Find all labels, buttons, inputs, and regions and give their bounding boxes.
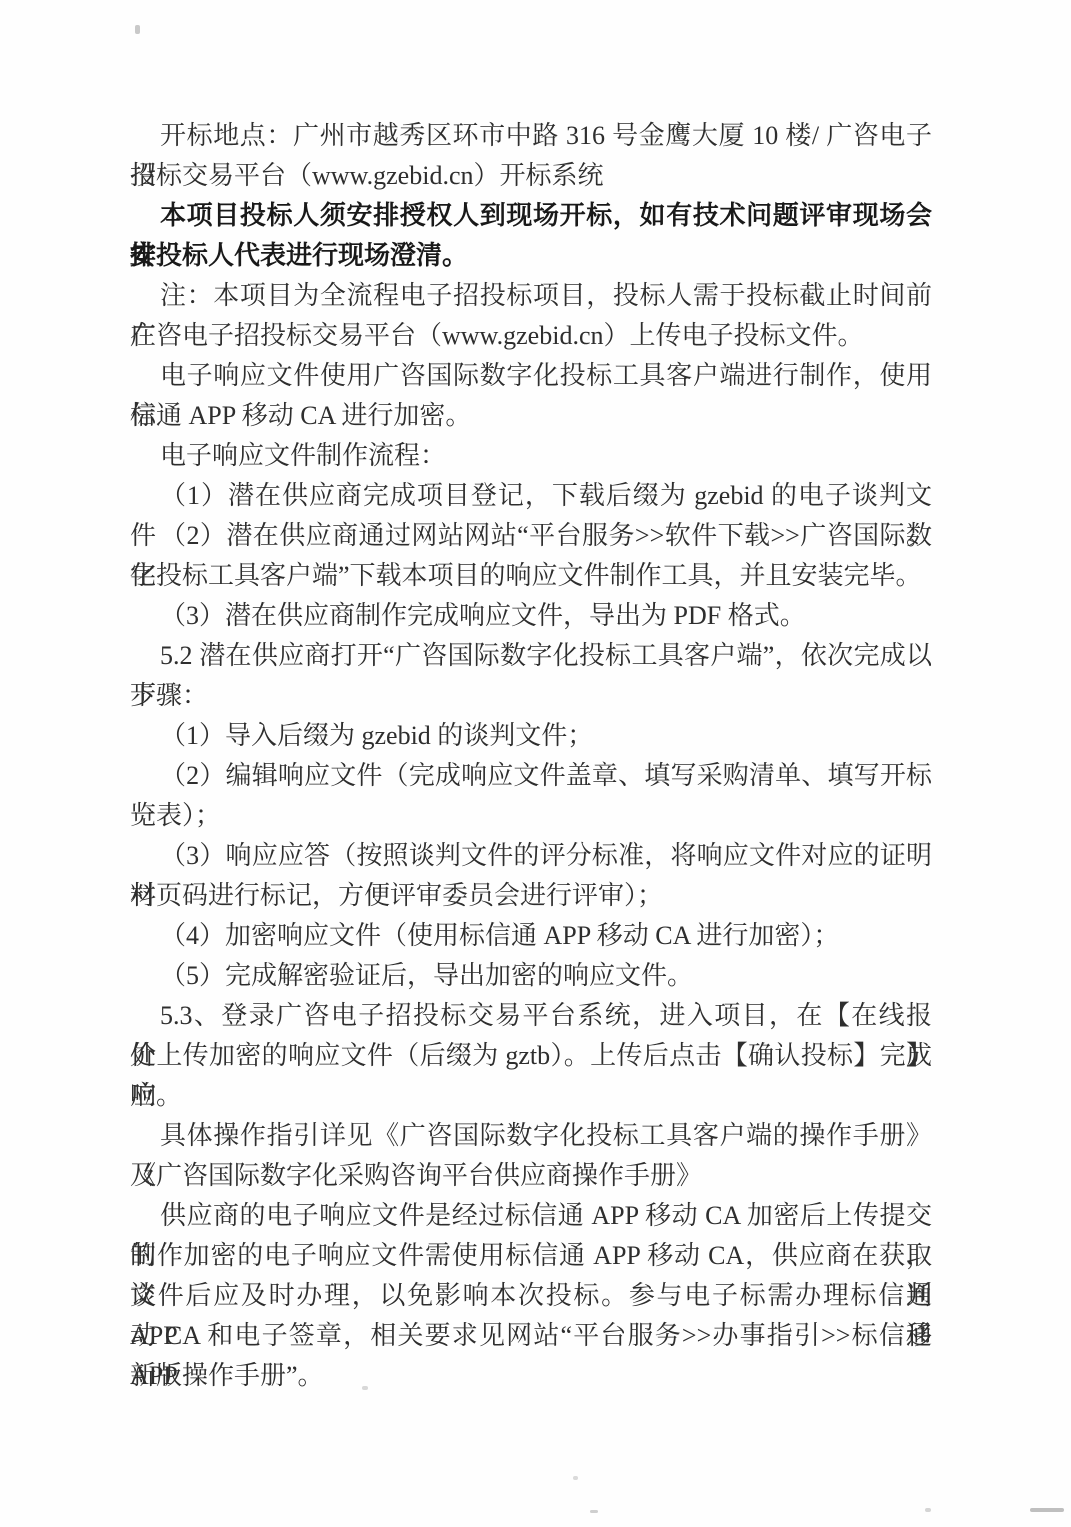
scan-speck bbox=[573, 1476, 578, 1480]
text-line: 广咨电子招投标交易平台（www.gzebid.cn）上传电子投标文件。 bbox=[130, 316, 932, 356]
text-line: （2）编辑响应文件（完成响应文件盖章、填写采购清单、填写开标一 bbox=[130, 756, 932, 796]
text-line: 料页码进行标记，方便评审委员会进行评审）； bbox=[130, 876, 932, 916]
text-line: 文件后应及时办理，以免影响本次投标。参与电子标需办理标信通 APP 移 bbox=[130, 1276, 932, 1316]
text-line: 电子响应文件制作流程： bbox=[130, 436, 932, 476]
text-line: （5）完成解密验证后，导出加密的响应文件。 bbox=[130, 956, 932, 996]
text-line: 化投标工具客户端”下载本项目的响应文件制作工具，并且安装完毕。 bbox=[130, 556, 932, 596]
text-line: （2）潜在供应商通过网站网站“平台服务>>软件下载>>广咨国际数字 bbox=[130, 516, 932, 556]
text-line: （1）导入后缀为 gzebid 的谈判文件； bbox=[130, 716, 932, 756]
document-page: 开标地点：广州市越秀区环市中路 316 号金鹰大厦 10 楼/ 广咨电子招投标交… bbox=[0, 0, 1071, 1527]
document-text-block: 开标地点：广州市越秀区环市中路 316 号金鹰大厦 10 楼/ 广咨电子招投标交… bbox=[130, 116, 932, 1396]
text-line: 5.2 潜在供应商打开“广咨国际数字化投标工具客户端”，依次完成以下 bbox=[130, 636, 932, 676]
text-line: 供应商的电子响应文件是经过标信通 APP 移动 CA 加密后上传提交的， bbox=[130, 1196, 932, 1236]
text-line: 信通 APP 移动 CA 进行加密。 bbox=[130, 396, 932, 436]
text-line: 制作加密的电子响应文件需使用标信通 APP 移动 CA，供应商在获取谈判 bbox=[130, 1236, 932, 1276]
text-line: 处上传加密的响应文件（后缀为 gztb）。上传后点击【确认投标】完成响 bbox=[130, 1036, 932, 1076]
text-line: 注：本项目为全流程电子招投标项目，投标人需于投标截止时间前在 bbox=[130, 276, 932, 316]
text-line: 新版操作手册”。 bbox=[130, 1356, 932, 1396]
text-line: 步骤： bbox=[130, 676, 932, 716]
text-line: 《广咨国际数字化采购咨询平台供应商操作手册》 bbox=[130, 1156, 932, 1196]
text-line: 投标交易平台（www.gzebid.cn）开标系统 bbox=[130, 156, 932, 196]
scan-speck bbox=[590, 1510, 598, 1513]
scan-speck bbox=[1030, 1508, 1064, 1512]
text-line: 开标地点：广州市越秀区环市中路 316 号金鹰大厦 10 楼/ 广咨电子招 bbox=[130, 116, 932, 156]
text-line: 应。 bbox=[130, 1076, 932, 1116]
text-line: 本项目投标人须安排授权人到现场开标，如有技术问题评审现场会安 bbox=[130, 196, 932, 236]
text-line: （3）潜在供应商制作完成响应文件，导出为 PDF 格式。 bbox=[130, 596, 932, 636]
text-line: 排投标人代表进行现场澄清。 bbox=[130, 236, 932, 276]
scan-speck bbox=[925, 1508, 931, 1512]
text-line: （1）潜在供应商完成项目登记，下载后缀为 gzebid 的电子谈判文件。 bbox=[130, 476, 932, 516]
text-line: 动 CA 和电子签章，相关要求见网站“平台服务>>办事指引>>标信通 APP bbox=[130, 1316, 932, 1356]
text-line: 电子响应文件使用广咨国际数字化投标工具客户端进行制作，使用标 bbox=[130, 356, 932, 396]
text-line: 览表）； bbox=[130, 796, 932, 836]
scan-speck bbox=[135, 25, 140, 34]
text-line: （4）加密响应文件（使用标信通 APP 移动 CA 进行加密）； bbox=[130, 916, 932, 956]
text-line: 具体操作指引详见《广咨国际数字化投标工具客户端的操作手册》及 bbox=[130, 1116, 932, 1156]
scan-speck bbox=[362, 1386, 368, 1390]
text-line: （3）响应应答（按照谈判文件的评分标准，将响应文件对应的证明材 bbox=[130, 836, 932, 876]
text-line: 5.3、登录广咨电子招投标交易平台系统，进入项目，在【在线报价】 bbox=[130, 996, 932, 1036]
